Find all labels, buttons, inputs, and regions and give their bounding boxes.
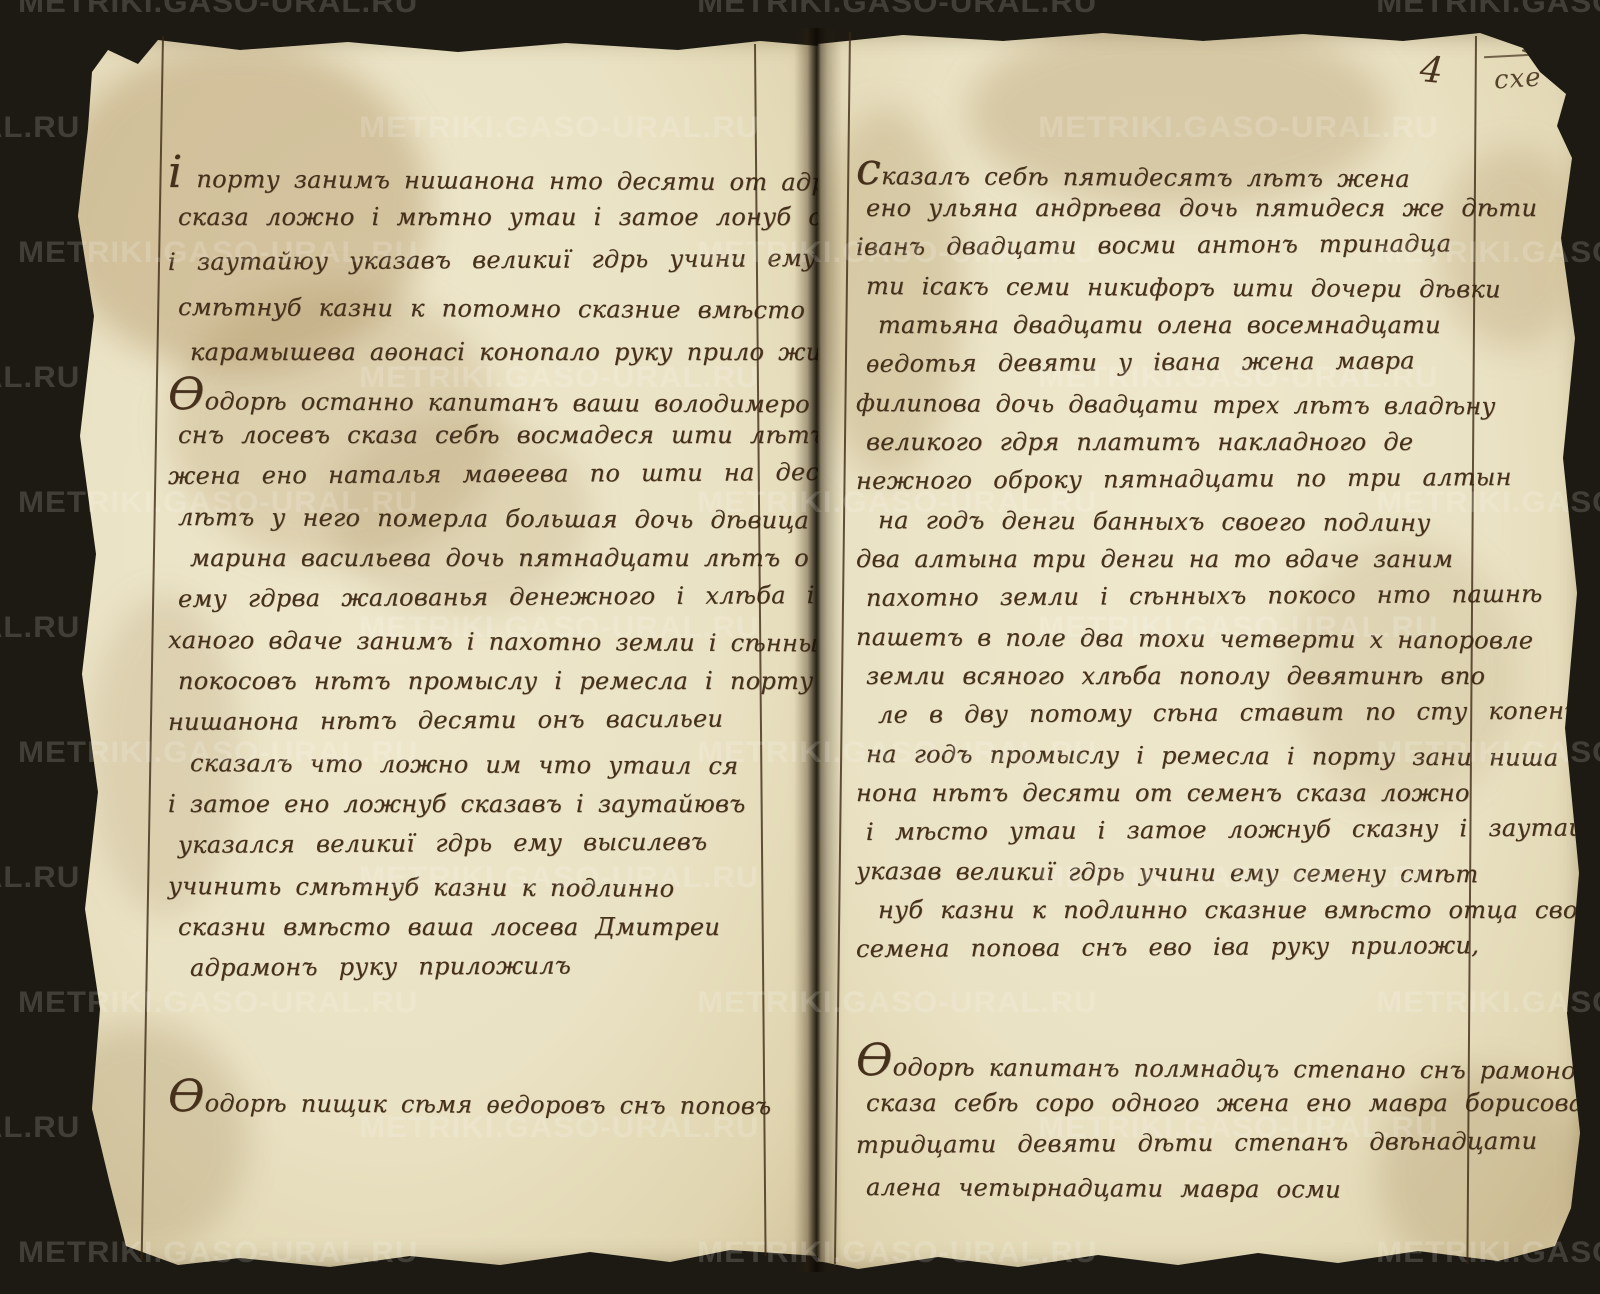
manuscript-line: алена четырнадцати мавра осми	[856, 1166, 1476, 1211]
manuscript-line: Ѳодорѣ останно капитанъ ваши володимеро	[168, 374, 788, 418]
watermark-text: METRIKI.GASO-URAL.RU	[0, 1111, 80, 1144]
manuscript-line: на годъ промыслу і ремесла і порту зани …	[856, 735, 1476, 777]
right-page-text: сказалъ себѣ пятидесятъ лѣтъ женаено уль…	[856, 28, 1476, 1272]
manuscript-line: снъ лосевъ сказа себѣ восмадеся шти лѣтъ	[168, 415, 788, 456]
manuscript-line: Ѳодорѣ капитанъ полмнадцъ степано снъ ра…	[856, 1040, 1476, 1085]
manuscript-line: великого гдря платитъ накладного де	[856, 423, 1476, 462]
foliation-dash	[1484, 52, 1570, 58]
watermark-text: METRIKI.GASO-URAL.RU	[0, 611, 80, 644]
manuscript-line: адрамонъ руку приложилъ	[168, 944, 788, 989]
manuscript-line: два алтына три денги на то вдаче заним	[856, 540, 1476, 579]
manuscript-line: і порту занимъ нишанона нто десяти от ад…	[168, 150, 788, 198]
manuscript-line: учинить смѣтнуб казни к подлинно	[168, 866, 788, 910]
manuscript-line: указался великиї гдрь ему высилевъ	[168, 821, 788, 866]
watermark-text: METRIKI.GASO-URAL.RU	[0, 361, 80, 394]
manuscript-line: на годъ денги банныхъ своего подлину	[856, 501, 1476, 543]
manuscript-line: нуб казни к подлинно сказние вмѣсто отца…	[856, 891, 1476, 930]
manuscript-line: карамышева аѳонасі конопало руку прило ж…	[168, 330, 788, 375]
manuscript-line: сказни вмѣсто ваша лосева Дмитреи	[168, 907, 788, 948]
manuscript-line: земли всяного хлѣба пополу девятинѣ впо	[856, 657, 1476, 696]
manuscript-line: пахотно земли і сѣнныхъ покосо нто пашнѣ	[856, 575, 1476, 618]
left-paragraph-2: Ѳодорѣ останно капитанъ ваши володимерос…	[168, 374, 788, 989]
manuscript-line: нона нѣтъ десяти от семенъ сказа ложно	[856, 774, 1476, 813]
manuscript-line: ханого вдаче занимъ і пахотно земли і сѣ…	[168, 620, 788, 664]
manuscript-line: ено ульяна андрѣева дочь пятидеся же дѣт…	[856, 189, 1476, 228]
manuscript-line: лѣтъ у него померла большая дочь дѣвица	[168, 497, 788, 541]
manuscript-line: і затое ено ложнуб сказавъ і заутайювъ	[168, 784, 788, 825]
manuscript-line: ле в дву потому сѣна ставит по сту копен…	[856, 692, 1476, 735]
manuscript-line: нишанона нѣтъ десяти онъ васильеи	[168, 698, 788, 743]
manuscript-line: татьяна двадцати олена восемнадцати	[856, 306, 1476, 345]
manuscript-line: семена попова снъ ево іва руку приложи,	[856, 926, 1476, 969]
watermark-row: METRIKI.GASO-URAL.RUMETRIKI.GASO-URAL.RU…	[18, 0, 1600, 20]
manuscript-line: пашетъ в поле два тохи четверти х напоро…	[856, 618, 1476, 660]
watermark-text: METRIKI.GASO-URAL.RU	[18, 0, 418, 19]
manuscript-line: указав великиї гдрь учини ему семену смѣ…	[856, 852, 1476, 894]
manuscript-line: покосовъ нѣтъ промыслу і ремесла і порту	[168, 661, 788, 702]
manuscript-line: і мѣсто утаи і затое ложнуб сказну і зау…	[856, 809, 1476, 852]
watermark-text: METRIKI.GASO-URAL.RU	[0, 861, 80, 894]
manuscript-line: іванъ двадцати восми антонъ тринадца	[856, 224, 1476, 267]
foliation-mark: схе	[1493, 62, 1543, 95]
watermark-text: METRIKI.GASO-URAL.RU	[1376, 0, 1600, 19]
manuscript-line: филипова дочь двадцати трех лѣтъ владѣну	[856, 384, 1476, 426]
manuscript-line: ему гдрва жалованья денежного і хлѣба і …	[168, 575, 788, 620]
manuscript-line: ѳедотья девяти у івана жена мавра	[856, 341, 1476, 384]
manuscript-line: сказалъ себѣ пятидесятъ лѣтъ жена	[856, 150, 1476, 192]
manuscript-line: жена ено наталья маѳеева по шти на десят…	[168, 452, 788, 497]
manuscript-line: тридцати девяти дѣти степанъ двѣнадцати	[856, 1120, 1476, 1166]
manuscript-line: сказа ложно і мѣтно утаи і затое лонуб с…	[168, 195, 788, 240]
manuscript-line: сказа себѣ соро одного жена ено мавра бо…	[856, 1082, 1476, 1124]
manuscript-line: Ѳодорѣ пищик сѣмя ѳедоровъ снъ поповъ	[168, 1074, 788, 1122]
left-paragraph-3: Ѳодорѣ пищик сѣмя ѳедоровъ снъ поповъ	[168, 1074, 788, 1119]
manuscript-line: смѣтнуб казни к потомно сказние вмѣсто а…	[168, 285, 788, 333]
left-page-text: і порту занимъ нишанона нто десяти от ад…	[168, 34, 788, 1268]
manuscript-line: і заутайюу указавъ великиї гдрь учини ем…	[168, 236, 788, 285]
left-paragraph-1: і порту занимъ нишанона нто десяти от ад…	[168, 150, 788, 375]
manuscript-line: нежного оброку пятнадцати по три алтын	[856, 458, 1476, 501]
left-page: і порту занимъ нишанона нто десяти от ад…	[30, 34, 818, 1268]
manuscript-scan: і порту занимъ нишанона нто десяти от ад…	[0, 0, 1600, 1294]
watermark-text: METRIKI.GASO-URAL.RU	[697, 0, 1097, 19]
manuscript-line: ти ісакъ семи никифоръ шти дочери дѣвки	[856, 267, 1476, 309]
manuscript-line: сказалъ что ложно им что утаил ся	[168, 743, 788, 787]
watermark-text: METRIKI.GASO-URAL.RU	[0, 111, 80, 144]
right-paragraph-1: сказалъ себѣ пятидесятъ лѣтъ женаено уль…	[856, 150, 1476, 969]
manuscript-line: марина васильева дочь пятнадцати лѣтъ о …	[168, 538, 788, 579]
right-paragraph-2: Ѳодорѣ капитанъ полмнадцъ степано снъ ра…	[856, 1040, 1476, 1208]
